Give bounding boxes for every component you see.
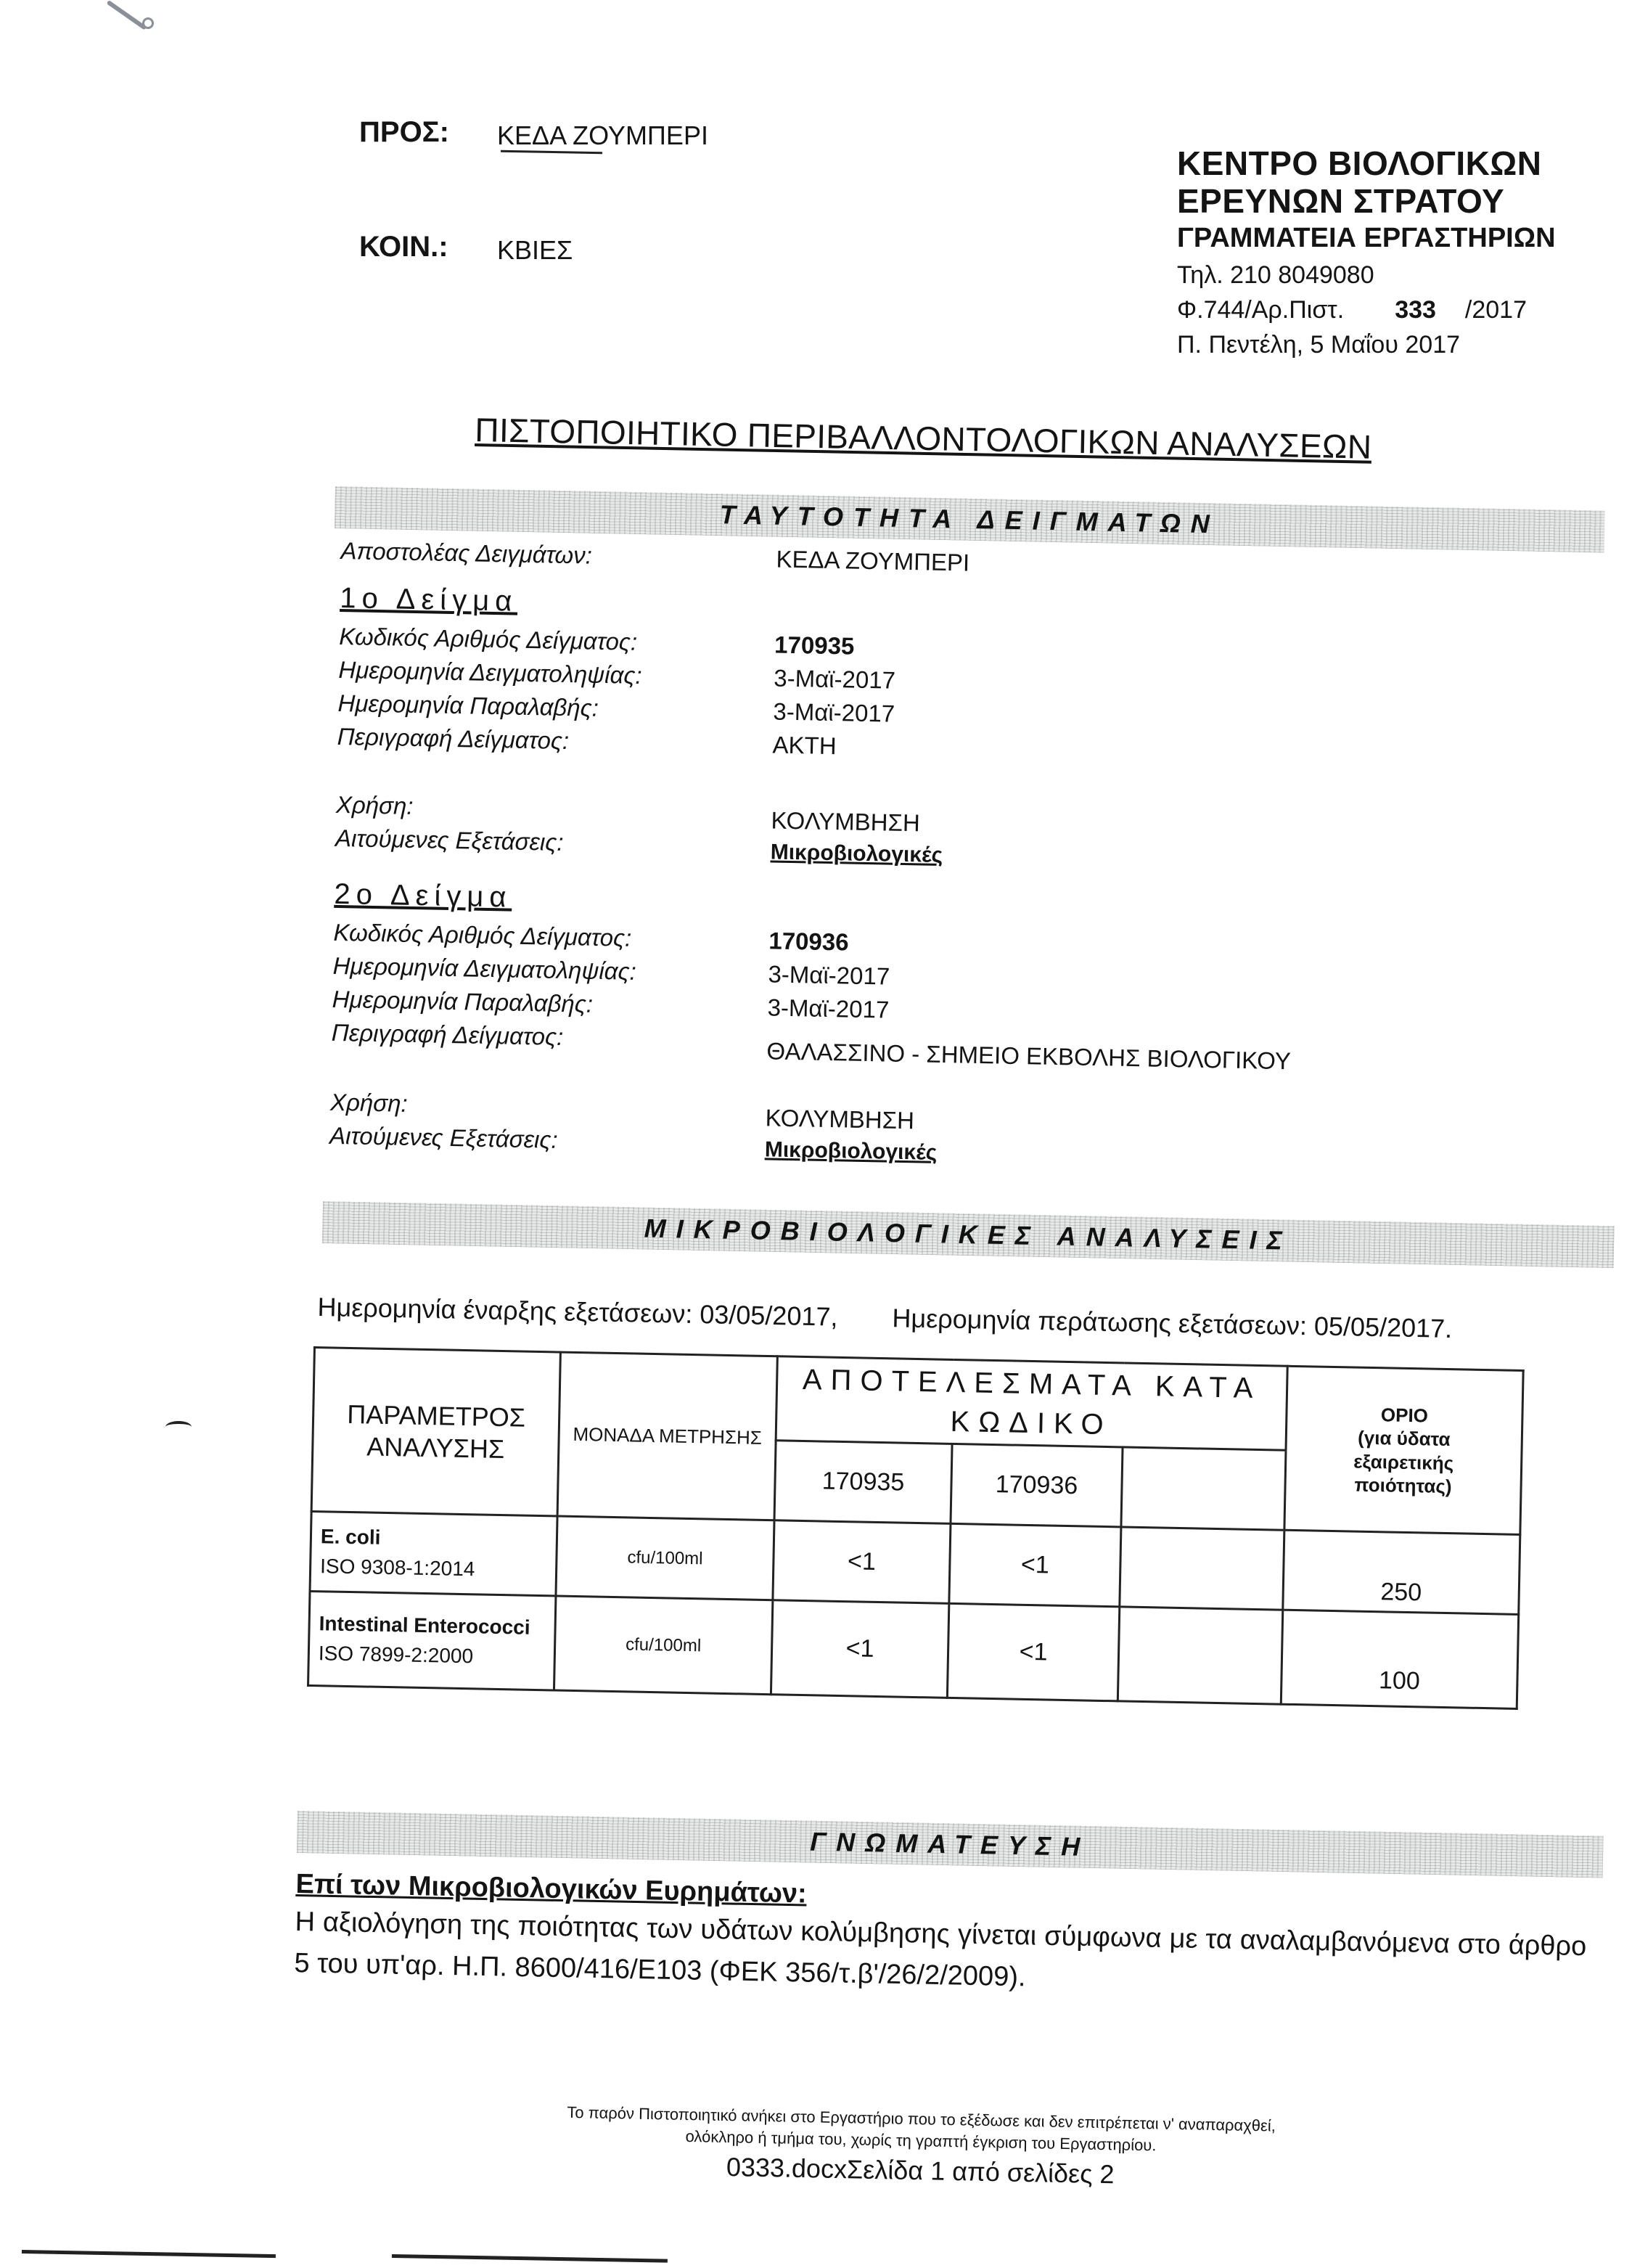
reference-year: /2017 (1465, 296, 1527, 324)
sender-label: Αποστολέας Δειγμάτων: (340, 537, 592, 569)
recipient-label: ΠΡΟΣ: (359, 116, 449, 149)
result-cell: <1 (773, 1520, 951, 1604)
receipt-date-label: Ημερομηνία Παραλαβής: (332, 986, 593, 1018)
receipt-date-label: Ημερομηνία Παραλαβής: (337, 689, 599, 721)
sample-1-sampling-row: Ημερομηνία Δειγματοληψίας: 3-Μαϊ-2017 (338, 656, 642, 689)
opinion-block: Επί των Μικροβιολογικών Ευρημάτων: Η αξι… (294, 1869, 1588, 2009)
sample-2-sampling-date: 3-Μαϊ-2017 (768, 960, 890, 990)
sample-1-receipt-row: Ημερομηνία Παραλαβής: 3-Μαϊ-2017 (337, 689, 599, 722)
cc-value: ΚΒΙΕΣ (497, 235, 573, 266)
org-department: ΓΡΑΜΜΑΤΕΙΑ ΕΡΓΑΣΤΗΡΙΩΝ (1177, 223, 1556, 254)
sample-1-description: ΑΚΤΗ (772, 731, 837, 760)
use-label: Χρήση: (336, 791, 414, 819)
parameter-method: ISO 9308-1:2014 (320, 1552, 556, 1586)
sample-1-requested-row: Αιτούμενες Εξετάσεις: Μικροβιολογικές (335, 824, 564, 856)
parameter-name: Intestinal Enterococci (319, 1612, 530, 1639)
sample-2-heading: 2ο Δείγμα (334, 878, 512, 914)
sample-1-description-row: Περιγραφή Δείγματος: ΑΚΤΗ (337, 723, 569, 755)
description-label: Περιγραφή Δείγματος: (332, 1019, 564, 1050)
sample-1-use: ΚΟΛΥΜΒΗΣΗ (771, 806, 920, 837)
limit-note: (για ύδατα εξαιρετικής ποιότητας) (1286, 1425, 1521, 1500)
sender-row: Αποστολέας Δειγμάτων: ΚΕΔΑ ΖΟΥΜΠΕΡΙ (340, 537, 592, 570)
parameter-method: ISO 7899-2:2000 (318, 1639, 554, 1673)
sample-2-code: 170936 (768, 927, 849, 956)
sample-2-receipt-date: 3-Μαϊ-2017 (767, 994, 889, 1023)
org-name-line1: ΚΕΝΤΡΟ ΒΙΟΛΟΓΙΚΩΝ (1177, 145, 1556, 183)
header-parameter: ΠΑΡΑΜΕΤΡΟΣ ΑΝΑΛΥΣΗΣ (311, 1348, 560, 1516)
reference-id: 333 (1395, 296, 1436, 324)
sampling-date-label: Ημερομηνία Δειγματοληψίας: (332, 952, 636, 985)
limit-cell: 100 (1281, 1610, 1518, 1708)
result-cell: <1 (771, 1600, 948, 1698)
header-code-2: 170936 (951, 1444, 1123, 1526)
requested-label: Αιτούμενες Εξετάσεις: (335, 824, 564, 856)
sample-1-heading: 1ο Δείγμα (340, 582, 518, 618)
header-unit: ΜΟΝΑΔΑ ΜΕΤΡΗΣΗΣ (557, 1352, 777, 1520)
end-date-label: Ημερομηνία περάτωσης εξετάσεων: (892, 1303, 1307, 1340)
section-title-micro: ΜΙΚΡΟΒΙΟΛΟΓΙΚΕΣ ΑΝΑΛΥΣΕΙΣ (644, 1213, 1292, 1256)
start-date: 03/05/2017, (700, 1299, 838, 1332)
sample-1-receipt-date: 3-Μαϊ-2017 (773, 697, 895, 727)
document-title: ΠΙΣΤΟΠΟΙΗΤΙΚΟ ΠΕΡΙΒΑΛΛΟΝΤΟΛΟΓΙΚΩΝ ΑΝΑΛΥΣ… (475, 410, 1372, 467)
sample-2-use: ΚΟΛΥΜΒΗΣΗ (765, 1104, 914, 1134)
section-title-identity: ΤΑΥΤΟΤΗΤΑ ΔΕΙΓΜΑΤΩΝ (719, 499, 1220, 539)
reference-prefix: Φ.744/Αρ.Πιστ. (1177, 296, 1344, 324)
organization-block: ΚΕΝΤΡΟ ΒΙΟΛΟΓΙΚΩΝ ΕΡΕΥΝΩΝ ΣΤΡΑΤΟΥ ΓΡΑΜΜΑ… (1177, 145, 1556, 359)
limit-cell: 250 (1283, 1530, 1520, 1614)
scan-mark (165, 1421, 192, 1433)
sample-2-description-row: Περιγραφή Δείγματος: ΘΑΛΑΣΣΙΝΟ - ΣΗΜΕΙΟ … (332, 1019, 564, 1051)
header-results: ΑΠΟΤΕΛΕΣΜΑΤΑ ΚΑΤΑ ΚΩΔΙΚΟ (776, 1356, 1287, 1450)
header-code-1: 170935 (774, 1441, 952, 1524)
sampling-date-label: Ημερομηνία Δειγματοληψίας: (338, 656, 642, 689)
requested-label: Αιτούμενες Εξετάσεις: (329, 1122, 558, 1153)
end-date: 05/05/2017. (1314, 1311, 1453, 1343)
sample-2-requested-row: Αιτούμενες Εξετάσεις: Μικροβιολογικές (329, 1122, 558, 1154)
header-limit: ΟΡΙΟ (για ύδατα εξαιρετικής ποιότητας) (1284, 1366, 1523, 1534)
sample-2-code-row: Κωδικός Αριθμός Δείγματος: 170936 (333, 919, 631, 952)
org-name-line2: ΕΡΕΥΝΩΝ ΣΤΡΑΤΟΥ (1177, 183, 1556, 221)
sender-value: ΚΕΔΑ ΖΟΥΜΠΕΡΙ (776, 546, 969, 577)
sample-1-requested: Μικροβιολογικές (770, 840, 943, 868)
section-band-micro: ΜΙΚΡΟΒΙΟΛΟΓΙΚΕΣ ΑΝΑΛΥΣΕΙΣ (322, 1201, 1615, 1268)
header-code-3 (1121, 1447, 1286, 1530)
parameter-cell: Intestinal Enterococci ISO 7899-2:2000 (308, 1591, 556, 1690)
sample-2-use-row: Χρήση: ΚΟΛΥΜΒΗΣΗ (330, 1089, 408, 1118)
sample-1-use-row: Χρήση: ΚΟΛΥΜΒΗΣΗ (336, 791, 414, 820)
exam-dates: Ημερομηνία έναρξης εξετάσεων: 03/05/2017… (317, 1292, 1452, 1344)
footer: Το παρόν Πιστοποιητικό ανήκει στο Εργαστ… (536, 2101, 1306, 2194)
sample-2-sampling-row: Ημερομηνία Δειγματοληψίας: 3-Μαϊ-2017 (332, 952, 636, 986)
samples-identity: Αποστολέας Δειγμάτων: ΚΕΔΑ ΖΟΥΜΠΕΡΙ 1ο Δ… (329, 537, 1430, 1211)
sample-1-code: 170935 (774, 631, 855, 660)
cc-label: ΚΟΙΝ.: (359, 231, 448, 263)
description-label: Περιγραφή Δείγματος: (337, 723, 569, 754)
sample-2-description: ΘΑΛΑΣΣΙΝΟ - ΣΗΜΕΙΟ ΕΚΒΟΛΗΣ ΒΙΟΛΟΓΙΚΟΥ (766, 1037, 1291, 1075)
scan-edge-line (22, 2250, 276, 2258)
reference-number: Φ.744/Αρ.Πιστ. 333 /2017 (1177, 296, 1556, 324)
results-table-wrap: ΠΑΡΑΜΕΤΡΟΣ ΑΝΑΛΥΣΗΣ ΜΟΝΑΔΑ ΜΕΤΡΗΣΗΣ ΑΠΟΤ… (307, 1346, 1525, 1710)
scan-edge-line (392, 2254, 668, 2263)
start-date-label: Ημερομηνία έναρξης εξετάσεων: (317, 1292, 693, 1329)
result-cell: <1 (949, 1523, 1121, 1606)
sample-2-receipt-row: Ημερομηνία Παραλαβής: 3-Μαϊ-2017 (332, 986, 593, 1018)
sample-1-code-row: Κωδικός Αριθμός Δείγματος: 170935 (339, 623, 637, 656)
unit-cell: cfu/100ml (556, 1516, 774, 1600)
parameter-name: E. coli (321, 1525, 381, 1549)
recipient-value: ΚΕΔΑ ΖΟΥΜΠΕΡΙ (497, 120, 708, 151)
place-date: Π. Πεντέλη, 5 Μαΐου 2017 (1177, 331, 1556, 359)
code-label: Κωδικός Αριθμός Δείγματος: (333, 919, 631, 951)
section-band-opinion: ΓΝΩΜΑΤΕΥΣΗ (297, 1811, 1604, 1878)
results-table: ΠΑΡΑΜΕΤΡΟΣ ΑΝΑΛΥΣΗΣ ΜΟΝΑΔΑ ΜΕΤΡΗΣΗΣ ΑΠΟΤ… (307, 1346, 1525, 1710)
unit-cell: cfu/100ml (554, 1596, 772, 1695)
code-label: Κωδικός Αριθμός Δείγματος: (339, 623, 637, 655)
sample-1-sampling-date: 3-Μαϊ-2017 (774, 664, 895, 694)
result-cell (1120, 1527, 1284, 1610)
staple-mark-end (142, 17, 154, 29)
sample-2-requested: Μικροβιολογικές (765, 1137, 938, 1166)
staple-mark (107, 0, 147, 30)
result-cell: <1 (947, 1603, 1119, 1700)
org-phone: Τηλ. 210 8049080 (1177, 261, 1556, 289)
use-label: Χρήση: (330, 1089, 408, 1117)
result-cell (1118, 1607, 1282, 1704)
section-title-opinion: ΓΝΩΜΑΤΕΥΣΗ (810, 1827, 1091, 1862)
parameter-cell: E. coli ISO 9308-1:2014 (310, 1511, 557, 1595)
